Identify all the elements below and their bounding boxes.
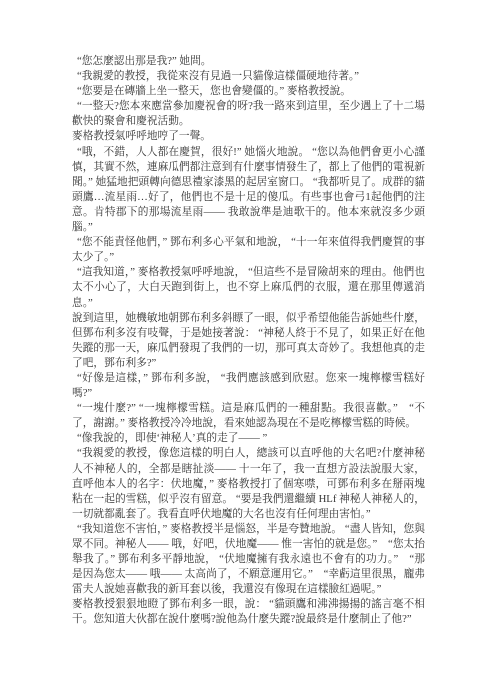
paragraph: “您要是在磚牆上坐一整天，您也會變僵的。” 麥格教授說。: [72, 84, 425, 99]
document-page: “您怎麼認出那是我?” 她問。“我親愛的教授，我從來沒有見過一只貓像這樣僵硬地待…: [0, 0, 495, 700]
paragraph: “您怎麼認出那是我?” 她問。: [72, 54, 425, 69]
paragraph: “一整天?您本來應當參加慶祝會的呀?我一路來到這里，至少遇上了十二場歡快的聚會和…: [72, 99, 425, 129]
paragraph: “我親愛的教授，像您這樣的明白人，總該可以直呼他的大名吧?什麼神秘人不神秘人的，…: [72, 446, 425, 521]
paragraph: 說到這里，她機敏地朝鄧布利多斜瞟了一眼，似乎希望他能告訴她些什麼，但鄧布利多沒有…: [72, 311, 425, 371]
paragraph: “像我說的，即使‘神秘人’真的走了—— ”: [72, 431, 425, 446]
paragraph: 麥格教授氣呼呼地哼了一聲。: [72, 129, 425, 144]
paragraph: “好像是這樣，” 鄧布利多說， “我們應該感到欣慰。您來一塊檸檬雪糕好嗎?”: [72, 371, 425, 401]
paragraph: “這我知道，” 麥格教授氣呼呼地說， “但這些不是冒險胡來的理由。他們也太不小心…: [72, 265, 425, 310]
paragraph: “我知道您不害怕，” 麥格教授半是惱怒，半是夸贊地說。 “盡人皆知，您與眾不同。…: [72, 522, 425, 597]
text-block: “您怎麼認出那是我?” 她問。“我親愛的教授，我從來沒有見過一只貓像這樣僵硬地待…: [72, 54, 425, 628]
paragraph: “我親愛的教授，我從來沒有見過一只貓像這樣僵硬地待著。”: [72, 69, 425, 84]
paragraph: “一塊什麼?” “一塊檸檬雪糕。這是麻瓜們的一種甜點。我很喜歡。” “不了，謝謝…: [72, 401, 425, 431]
paragraph: “您不能責怪他們，” 鄧布利多心平氣和地說， “十一年來值得我們慶賀的事太少了。…: [72, 235, 425, 265]
paragraph: “哦，不錯，人人都在慶賀，很好!” 她惱火地說。 “您以為他們會更小心謹慎，其實…: [72, 145, 425, 236]
paragraph: 麥格教授狠狠地瞪了鄧布利多一眼，說： “貓頭鷹和沸沸揚揚的謠言毫不相干。您知道大…: [72, 597, 425, 627]
